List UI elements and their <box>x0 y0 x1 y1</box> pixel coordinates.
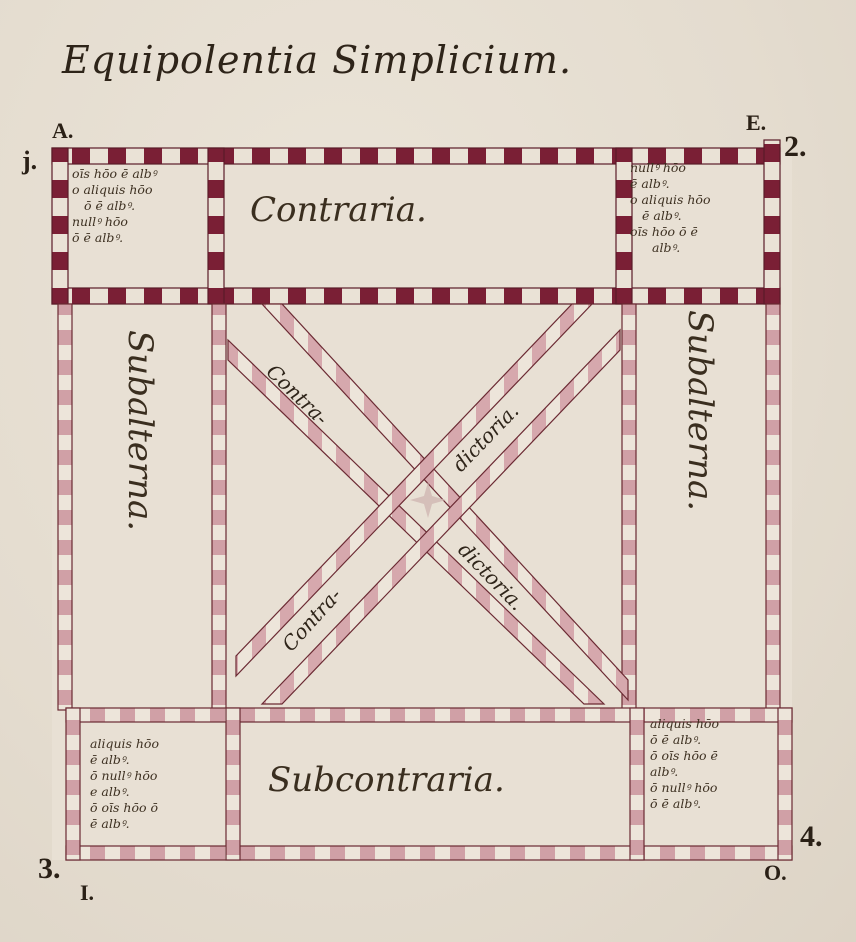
note-top-right: nullꝰ hōo ē albꝰ. o aliquis hōo ē albꝰ. … <box>630 160 711 256</box>
note-line: ē albꝰ. <box>630 176 711 192</box>
corner-number-2: 2. <box>784 130 807 164</box>
note-line: aliquis hōo <box>90 736 159 752</box>
note-line: nullꝰ hōo <box>72 214 157 230</box>
note-top-left: oīs hōo ē albꝰ o aliquis hōo ō ē albꝰ. n… <box>72 166 157 246</box>
corner-letter-o: O. <box>764 860 787 886</box>
note-line: e albꝰ. <box>90 784 159 800</box>
manuscript-page: Equipolentia Simplicium. <box>0 0 856 942</box>
note-line: aliquis hōo <box>650 716 719 732</box>
note-line: o aliquis hōo <box>72 182 157 198</box>
note-line: ō nullꝰ hōo <box>90 768 159 784</box>
note-line: ō ē albꝰ. <box>72 230 157 246</box>
corner-letter-i: I. <box>80 880 94 906</box>
corner-letter-e: E. <box>746 110 766 136</box>
corner-number-1: j. <box>22 146 37 176</box>
note-line: oīs hōo ō ē <box>630 224 711 240</box>
label-contraria: Contraria. <box>250 190 427 230</box>
corner-number-3: 3. <box>38 852 61 886</box>
label-subalterna-left: Subalterna. <box>120 330 160 531</box>
note-line: albꝰ. <box>650 764 719 780</box>
note-line: ē albꝰ. <box>90 752 159 768</box>
note-bottom-right: aliquis hōo ō ē albꝰ. ō oīs hōo ē albꝰ. … <box>650 716 719 812</box>
label-subcontraria: Subcontraria. <box>268 760 505 800</box>
note-line: ō ē albꝰ. <box>72 198 157 214</box>
note-line: nullꝰ hōo <box>630 160 711 176</box>
note-line: ō oīs hōo ē <box>650 748 719 764</box>
note-line: ō oīs hōo ō <box>90 800 159 816</box>
top-inner-border <box>52 288 780 304</box>
corner-number-4: 4. <box>800 820 823 854</box>
note-line: oīs hōo ē albꝰ <box>72 166 157 182</box>
note-line: ē albꝰ. <box>90 816 159 832</box>
note-bottom-left: aliquis hōo ē albꝰ. ō nullꝰ hōo e albꝰ. … <box>90 736 159 832</box>
corner-letter-a: A. <box>52 118 73 144</box>
note-line: ō nullꝰ hōo <box>650 780 719 796</box>
note-line: ō ē albꝰ. <box>650 732 719 748</box>
note-line: o aliquis hōo <box>630 192 711 208</box>
label-subalterna-right: Subalterna. <box>680 310 720 511</box>
note-line: ō ē albꝰ. <box>650 796 719 812</box>
note-line: albꝰ. <box>630 240 711 256</box>
note-line: ē albꝰ. <box>630 208 711 224</box>
